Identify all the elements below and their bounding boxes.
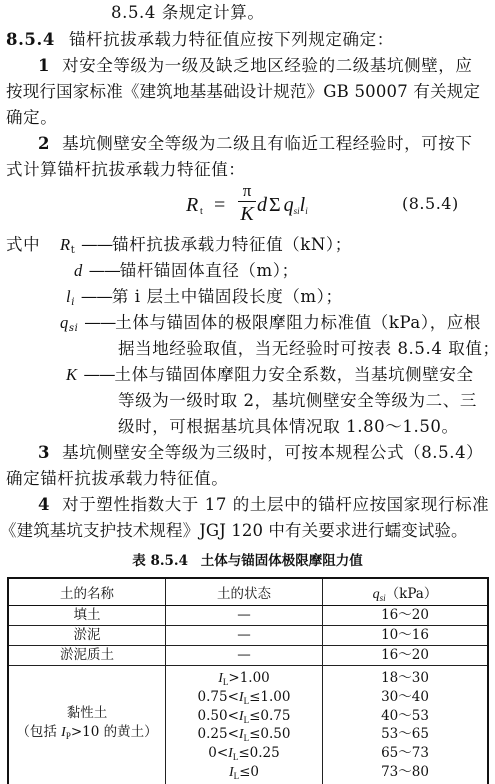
equation-number: (8.5.4) [402,194,459,213]
table-row-cohesive: 黏性土 （包括 IP>10 的黄土） IL>1.00 0.75<IL≤1.00 … [8,666,488,784]
cell-qsi: 16～20 [323,606,489,626]
formula-fraction: π K [238,182,256,225]
cell-qsi: 16～20 [323,646,489,666]
formula-d: d [257,194,267,216]
formula-lhs-sub: t [200,206,203,217]
item-3-text: 基坑侧壁安全等级为三级时，可按本规程公式（8.5.4） [62,443,483,462]
state-item: 0<IL≤0.25 [166,744,322,763]
formula-denominator: K [238,203,256,225]
where-label: 式中 [6,234,40,256]
state-item: 0.25<IL≤0.50 [166,725,322,744]
cohesive-name: 黏性土 [9,704,165,723]
value-item: 30～40 [323,688,487,707]
item-3-line-2: 确定锚杆抗拔承载力特征值。 [6,468,228,490]
table-caption-title: 土体与锚固体极限摩阻力值 [201,553,363,569]
cell-soil-state: — [166,606,323,626]
value-item: 40～53 [323,707,487,726]
table-row: 填土 — 16～20 [8,606,488,626]
table-header-row: 土的名称 土的状态 qsi（kPa） [8,578,488,606]
value-item: 65～73 [323,744,487,763]
def-text: 锚杆锚固体直径（m）； [120,261,299,280]
cell-soil-name: 填土 [8,606,166,626]
formula-numerator: π [238,182,256,200]
def-symbol-sub: t [71,245,76,256]
note-pre: （包括 [16,724,61,740]
formula-equals: = [214,194,225,217]
cell-qsi-values: 18～30 30～40 40～53 53～65 65～73 73～80 [323,666,489,784]
formula-sigma: Σ [269,194,281,216]
clause-title: 锚杆抗拔承载力特征值应按下列规定确定： [69,30,394,49]
header-soil-name: 土的名称 [8,578,166,606]
definition-K-cont-2: 级时，可根据基坑具体情况取 1.80～1.50。 [118,416,459,438]
def-text: 锚杆抗拔承载力特征值（kN）； [112,235,352,254]
table-caption: 表 8.5.4 土体与锚固体极限摩阻力值 [0,552,495,570]
def-dash: —— [83,365,114,384]
header-soil-state: 土的状态 [166,578,323,606]
cell-soil-name: 淤泥 [8,626,166,646]
item-1-line-3: 确定。 [6,107,57,129]
state-item: IL>1.00 [166,669,322,688]
def-dash: —— [81,235,112,254]
item-4-number: 4 [38,495,50,514]
def-dash: —— [84,313,115,332]
table-row: 淤泥质土 — 16～20 [8,646,488,666]
clause-number: 8.5.4 [6,30,55,49]
item-1-line-1: 1对安全等级为一级及缺乏地区经验的二级基坑侧壁，应 [38,55,473,77]
definition-d: d ——锚杆锚固体直径（m）； [74,260,299,282]
cell-soil-name-cohesive: 黏性土 （包括 IP>10 的黄土） [8,666,166,784]
formula-l-sub: i [305,206,308,216]
clause-heading: 8.5.4锚杆抗拔承载力特征值应按下列规定确定： [6,29,394,51]
definition-qsi-cont: 据当地经验取值，当无经验时可按表 8.5.4 取值； [118,338,495,360]
def-dash: —— [89,261,120,280]
item-4-text: 对于塑性指数大于 17 的土层中的锚杆应按国家现行标准 [62,495,489,514]
cell-qsi: 10～16 [323,626,489,646]
def-symbol: K [66,365,78,384]
header-qsi: qsi（kPa） [323,578,489,606]
cell-soil-states: IL>1.00 0.75<IL≤1.00 0.50<IL≤0.75 0.25<I… [166,666,323,784]
definition-Rt: Rt ——锚杆抗拔承载力特征值（kN）； [60,234,352,262]
state-item: 0.50<IL≤0.75 [166,707,322,726]
formula-lhs: R [186,194,198,217]
def-dash: —— [81,287,112,306]
formula-rest: dΣqsili [257,194,308,217]
table-row: 淤泥 — 10～16 [8,626,488,646]
table-caption-label: 表 8.5.4 [132,553,188,569]
state-item: IL≤0 [166,763,322,782]
item-4-line-1: 4对于塑性指数大于 17 的土层中的锚杆应按国家现行标准 [38,494,489,516]
cell-soil-name: 淤泥质土 [8,646,166,666]
cell-soil-state: — [166,646,323,666]
value-item: 53～65 [323,725,487,744]
item-1-text: 对安全等级为一级及缺乏地区经验的二级基坑侧壁，应 [62,56,472,75]
definition-qsi: qsi ——土体与锚固体的极限摩阻力标准值（kPa），应根 [60,312,481,340]
item-2-line-1: 2基坑侧壁安全等级为二级且有临近工程经验时，可按下 [38,133,473,155]
value-item: 73～80 [323,763,487,782]
cell-soil-state: — [166,626,323,646]
note-post: >10 的黄土） [71,724,158,740]
def-text: 土体与锚固体摩阻力安全系数，当基坑侧壁安全 [114,365,473,384]
formula-q: q [284,194,294,216]
cohesive-name-note: （包括 IP>10 的黄土） [9,723,165,746]
header-unit: （kPa） [386,586,438,602]
item-1-number: 1 [38,56,50,75]
def-symbol: R [60,235,71,254]
state-item: 0.75<IL≤1.00 [166,688,322,707]
continued-text-line: 8.5.4 条规定计算。 [111,2,264,24]
def-symbol-sub: si [69,323,79,334]
def-text: 第 i 层土中锚固段长度（m）； [112,287,343,306]
def-text: 土体与锚固体的极限摩阻力标准值（kPa），应根 [115,313,481,332]
value-item: 18～30 [323,669,487,688]
item-2-text: 基坑侧壁安全等级为二级且有临近工程经验时，可按下 [62,134,472,153]
item-4-line-2: 《建筑基坑支护技术规程》JGJ 120 中有关要求进行蠕变试验。 [0,520,468,542]
def-symbol: d [74,261,83,280]
definition-K: K ——土体与锚固体摩阻力安全系数，当基坑侧壁安全 [66,364,474,386]
def-symbol-sub: i [71,297,75,308]
fraction-bar [238,201,256,202]
def-symbol: q [60,313,69,332]
item-3-number: 3 [38,443,50,462]
friction-table: 土的名称 土的状态 qsi（kPa） 填土 — 16～20 淤泥 — 10～16… [7,577,489,784]
item-3-line-1: 3基坑侧壁安全等级为三级时，可按本规程公式（8.5.4） [38,442,483,464]
item-2-number: 2 [38,134,50,153]
definition-li: li ——第 i 层土中锚固段长度（m）； [66,286,343,314]
item-2-line-2: 式计算锚杆抗拔承载力特征值： [6,159,245,181]
item-1-line-2: 按现行国家标准《建筑地基基础设计规范》GB 50007 有关规定 [6,81,480,103]
header-q-symbol: q [373,587,380,602]
definition-K-cont-1: 等级为一级时取 2，基坑侧壁安全等级为二、三 [118,390,477,412]
